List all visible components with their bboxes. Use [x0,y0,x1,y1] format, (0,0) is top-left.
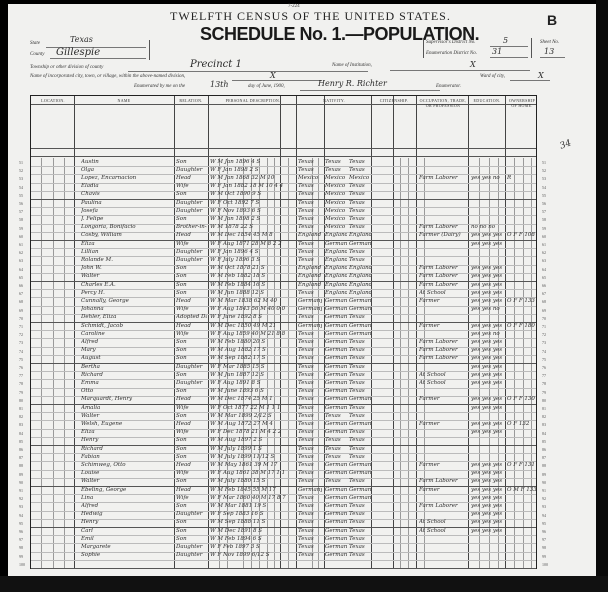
cell-name: Emil [81,536,173,542]
cell-relation: Head [176,462,207,468]
line-number: 92 [19,496,23,501]
line-number: 77 [542,373,546,378]
cell-own: O F F 130 [507,396,537,402]
cell-relation: Head [176,487,207,493]
cell-edu: yes yes yes [471,241,505,247]
cell-relation: Son [176,159,207,165]
cell-mother: Germany [349,306,371,312]
cell-name: Chavis [81,191,173,197]
cell-desc: W M Jan 1898 2 S [210,216,294,222]
enumerator-label: Enumerator. [436,84,461,89]
line-number: 83 [542,422,546,427]
cell-father: Germany [325,462,347,468]
header-nativity: NATIVITY. [298,98,370,103]
cell-father: Germany [325,355,347,361]
line-number: 75 [542,357,546,362]
cell-occupation: Farm Laborer [419,282,467,288]
cell-father: Germany [325,323,347,329]
cell-name: Longoria, Bonifacio [81,224,173,230]
cell-father: Germany [325,487,347,493]
cell-desc: W F Sep 1883 16 S [210,511,294,517]
cell-own: R [507,175,537,181]
cell-name: Olga [81,167,173,173]
cell-name: Bertha [81,364,173,370]
township-label: Township or other division of county [30,65,103,70]
cell-father: Germany [325,306,347,312]
line-number: 83 [19,422,23,427]
scan-bottom-edge [0,576,608,592]
cell-edu: yes yes yes [471,380,505,386]
cell-relation: Daughter [176,364,207,370]
cell-name: Eladia [81,183,173,189]
line-number: 58 [542,217,546,222]
cell-relation: Daughter [176,167,207,173]
cell-father: Germany [325,511,347,517]
cell-relation: Daughter [176,511,207,517]
cell-edu: yes yes yes [471,519,505,525]
cell-edu: yes yes yes [471,495,505,501]
cell-birth: Texas [298,249,322,255]
cell-mother: Texas [349,372,371,378]
cell-birth: England [298,232,322,238]
cell-edu: yes yes yes [471,265,505,271]
line-number: 82 [19,414,23,419]
cell-desc: W M Dec 1874 25 M 1 [210,396,294,402]
cell-birth: Mexico [298,175,322,181]
cell-desc: W F Jan 1882 18 M 10 4 4 [210,183,294,189]
cell-name: Amalia [81,405,173,411]
cell-desc: W M Feb 1845 55 M 17 [210,487,294,493]
cell-birth: England [298,273,322,279]
enumerator-line [300,90,440,91]
cell-mother: Texas [349,249,371,255]
cell-relation: Son [176,372,207,378]
cell-mother: Texas [349,519,371,525]
cell-mother: Germany [349,462,371,468]
line-number: 100 [542,562,548,567]
cell-desc: W M Dec 1850 49 M 21 [210,323,294,329]
cell-birth: Texas [298,372,322,378]
cell-desc: W F Mar 1885 15 S [210,364,294,370]
cell-name: Lopez, Encarnacion [81,175,173,181]
cell-name: Cunnally, George [81,298,173,304]
cell-birth: Texas [298,421,322,427]
cell-desc: W M Dec 1891 8 S [210,528,294,534]
line-number: 85 [542,439,546,444]
cell-relation: Son [176,216,207,222]
cell-desc: W M Aug 1882 17 S [210,347,294,353]
header-citizenship: CITIZENSHIP. [372,98,416,103]
cell-father: Texas [325,478,347,484]
cell-relation: Brother-in-law [176,224,207,230]
cell-name: Carl [81,528,173,534]
cell-occupation: At School [419,528,467,534]
cell-name: Eliza [81,429,173,435]
county-value: Gillespie [56,47,100,58]
cell-edu: yes yes yes [471,339,505,345]
cell-birth: Texas [298,331,322,337]
cell-desc: W M Jun 1888 12 S [210,290,294,296]
cell-relation: Daughter [176,249,207,255]
cell-mother: Texas [349,355,371,361]
cell-mother: Germany [349,298,371,304]
line-number: 96 [542,529,546,534]
header-relation: RELATION. [176,98,206,103]
cell-relation: Wife [176,405,207,411]
cell-own: O F F 131 [507,462,537,468]
cell-name: Otto [81,388,173,394]
line-number: 66 [542,283,546,288]
line-number: 89 [19,472,23,477]
cell-edu: yes yes yes [471,462,505,468]
line-number: 57 [542,209,546,214]
line-number: 52 [19,168,23,173]
enumeration-line [490,57,528,58]
cell-birth: Texas [298,224,322,230]
line-number: 88 [19,463,23,468]
cell-birth: Texas [298,405,322,411]
scan-edge [596,0,608,592]
cell-mother: Texas [349,544,371,550]
cell-mother: Texas [349,511,371,517]
cell-edu: yes yes yes [471,421,505,427]
cell-father: Texas [325,454,347,460]
line-number: 67 [19,291,23,296]
cell-relation: Daughter [176,380,207,386]
cell-relation: Son [176,454,207,460]
cell-name: August [81,355,173,361]
cell-edu: no no no [471,224,505,230]
cell-mother: Texas [349,200,371,206]
cell-birth: Texas [298,200,322,206]
line-number: 64 [19,267,23,272]
cell-father: Texas [325,413,347,419]
cell-occupation: Farm Laborer [419,478,467,484]
sheet-letter: B [547,12,557,28]
enumeration-value: 31 [492,47,502,56]
cell-relation: Head [176,323,207,329]
line-number: 66 [19,283,23,288]
line-number: 86 [19,447,23,452]
cell-name: Sophie [81,552,173,558]
cell-father: Germany [325,380,347,386]
cell-birth: Texas [298,208,322,214]
cell-father: Germany [325,421,347,427]
cell-edu: yes yes no [471,331,505,337]
cell-mother: Texas [349,347,371,353]
line-number: 59 [19,226,23,231]
cell-desc: W M Feb 1884 16 S [210,282,294,288]
line-number: 71 [19,324,23,329]
cell-relation: Wife [176,470,207,476]
cell-occupation: Farmer (Dairy) [419,232,467,238]
line-number: 85 [19,439,23,444]
cell-edu: yes yes no [471,306,505,312]
cell-edu: yes yes yes [471,528,505,534]
line-number: 91 [19,488,23,493]
cell-father: Germany [325,544,347,550]
ward-value: X [538,71,544,80]
cell-birth: Texas [298,191,322,197]
cell-relation: Son [176,528,207,534]
cell-name: Henry [81,519,173,525]
township-line [128,71,368,72]
cell-mother: Germany [349,470,371,476]
line-number: 98 [19,545,23,550]
cell-edu: yes yes yes [471,298,505,304]
cell-relation: Head [176,421,207,427]
cell-mother: Texas [349,216,371,222]
cell-father: Germany [325,528,347,534]
ward-label: Ward of city, [480,74,505,79]
cell-name: J. Felipe [81,216,173,222]
cell-mother: Germany [349,396,371,402]
cell-father: Texas [325,167,347,173]
cell-father: Mexico [325,191,347,197]
line-number: 65 [542,275,546,280]
cell-occupation: Farmer [419,462,467,468]
cell-relation: Head [176,175,207,181]
line-number: 56 [19,201,23,206]
cell-name: Walter [81,273,173,279]
line-number: 64 [542,267,546,272]
sheet-line [540,57,565,58]
line-number: 73 [19,340,23,345]
cell-desc: W M 1878 22 S [210,224,294,230]
line-number: 76 [542,365,546,370]
cell-birth: Texas [298,454,322,460]
cell-name: Emma [81,380,173,386]
line-number: 59 [542,226,546,231]
cell-edu: yes yes yes [471,282,505,288]
cell-name: Marquardt, Henry [81,396,173,402]
cell-father: Mexico [325,183,347,189]
cell-desc: W M Sep 1882 17 S [210,355,294,361]
cell-birth: Texas [298,437,322,443]
cell-relation: Son [176,503,207,509]
line-number: 80 [19,398,23,403]
cell-edu: yes yes yes [471,396,505,402]
cell-mother: Texas [349,257,371,263]
cell-name: Percy H. [81,290,173,296]
line-number: 89 [542,472,546,477]
line-number: 92 [542,496,546,501]
cell-name: Eliza [81,241,173,247]
cell-desc: W M July 1899 11/12 S [210,454,294,460]
cell-relation: Son [176,273,207,279]
cell-mother: Texas [349,183,371,189]
cell-mother: Germany [349,421,371,427]
line-number: 95 [542,521,546,526]
line-number: 90 [19,480,23,485]
line-number: 51 [542,160,546,165]
line-number: 58 [19,217,23,222]
line-number: 94 [542,513,546,518]
ward-line [510,80,550,81]
cell-relation: Wife [176,331,207,337]
cell-mother: Texas [349,388,371,394]
line-number: 78 [542,381,546,386]
cell-desc: W F Aug 1891 8 S [210,380,294,386]
line-number: 72 [19,332,23,337]
cell-edu: yes yes yes [471,273,505,279]
document-title: TWELFTH CENSUS OF THE UNITED STATES. [170,9,451,24]
cell-name: Dehler, Eliza [81,314,173,320]
cell-name: Ebeling, George [81,487,173,493]
cell-mother: Texas [349,503,371,509]
cell-relation: Daughter [176,544,207,550]
line-number: 54 [19,185,23,190]
cell-mother: Texas [349,446,371,452]
cell-desc: W M Oct 1890 9 S [210,191,294,197]
cell-name: Louise [81,470,173,476]
cell-father: Mexico [325,200,347,206]
line-number: 68 [19,299,23,304]
cell-relation: Daughter [176,200,207,206]
cell-relation: Son [176,446,207,452]
cell-father: Germany [325,552,347,558]
cell-relation: Son [176,290,207,296]
cell-father: Germany [325,429,347,435]
cell-birth: Texas [298,396,322,402]
line-number: 62 [19,250,23,255]
cell-edu: yes yes yes [471,232,505,238]
cell-own: O F F 108 [507,232,537,238]
cell-relation: Son [176,347,207,353]
cell-desc: W F Nov 1893 6 S [210,208,294,214]
cell-own: O F F 180 [507,323,537,329]
cell-birth: Texas [298,364,322,370]
line-number: 61 [542,242,546,247]
header-education: EDUCATION. [469,98,505,103]
cell-mother: England [349,273,371,279]
line-number: 75 [19,357,23,362]
cell-birth: Texas [298,462,322,468]
cell-desc: W M Mar 1838 62 M 40 [210,298,294,304]
cell-occupation: Farmer [419,487,467,493]
cell-birth: Texas [298,544,322,550]
cell-name: Lina [81,495,173,501]
cell-birth: Texas [298,347,322,353]
line-number: 63 [542,258,546,263]
cell-mother: Texas [349,437,371,443]
cell-relation: Son [176,282,207,288]
cell-own: O F F 133 [507,298,537,304]
cell-mother: Germany [349,323,371,329]
line-number: 60 [19,234,23,239]
cell-birth: Germany [298,323,322,329]
sheet-label: Sheet No. [540,40,559,45]
cell-edu: yes yes yes [471,290,505,296]
cell-mother: Germany [349,495,371,501]
cell-desc: W M Jun 1887 12 S [210,372,294,378]
cell-desc: W F July 1896 3 S [210,257,294,263]
cell-name: Welsh, Eugene [81,421,173,427]
line-number: 71 [542,324,546,329]
line-number: 97 [19,537,23,542]
cell-name: Richard [81,372,173,378]
cell-edu: yes yes yes [471,503,505,509]
enumerated-label: Enumerated by me on the [134,84,185,89]
cell-own: O M F 133 [507,487,537,493]
cell-occupation: Farmer [419,421,467,427]
cell-name: Paulina [81,200,173,206]
line-number: 61 [19,242,23,247]
line-number: 90 [542,480,546,485]
county-line [50,58,146,59]
line-number: 62 [542,250,546,255]
cell-birth: England [298,265,322,271]
cell-birth: Texas [298,388,322,394]
line-number: 63 [19,258,23,263]
cell-father: Germany [325,372,347,378]
cell-father: Germany [325,470,347,476]
cell-mother: Texas [349,536,371,542]
cell-mother: Texas [349,478,371,484]
cell-desc: W M Jan 1896 4 S [210,159,294,165]
brace [149,40,150,60]
institution-line [390,70,530,71]
cell-desc: W M Oct 1878 21 S [210,265,294,271]
line-number: 95 [19,521,23,526]
line-number: 77 [19,373,23,378]
cell-desc: W M May 1861 39 M 17 [210,462,294,468]
cell-father: Texas [325,446,347,452]
cell-name: Austin [81,159,173,165]
city-label: Name of incorporated city, town, or vill… [30,74,185,79]
cell-relation: Head [176,396,207,402]
cell-desc: W F Aug 1871 28 M 8 2 2 [210,241,294,247]
cell-name: Richard [81,446,173,452]
cell-occupation: Farmer [419,396,467,402]
cell-birth: Germany [298,487,322,493]
cell-desc: W F Jan 1898 2 S [210,167,294,173]
line-number: 60 [542,234,546,239]
cell-relation: Wife [176,495,207,501]
cell-mother: Germany [349,487,371,493]
cell-desc: W M July 1880 15 S [210,478,294,484]
cell-name: Henry [81,437,173,443]
line-number: 96 [19,529,23,534]
institution-value: X [470,60,476,69]
line-number: 67 [542,291,546,296]
cell-desc: W F Aug 1861 38 M 17 1 1 [210,470,294,476]
cell-relation: Wife [176,429,207,435]
cell-desc: W M Mar 1899 2/12 S [210,413,294,419]
county-label: County [30,52,44,57]
cell-relation: Son [176,339,207,345]
cell-desc: W M Mar 1881 19 S [210,503,294,509]
cell-name: Alfred [81,503,173,509]
cell-birth: Texas [298,167,322,173]
cell-birth: Texas [298,478,322,484]
line-number: 55 [542,193,546,198]
cell-relation: Son [176,478,207,484]
cell-father: England [325,232,347,238]
cell-name: Schmidt, Jacob [81,323,173,329]
cell-name: Lillian [81,249,173,255]
cell-father: Mexico [325,175,347,181]
line-number: 74 [19,349,23,354]
cell-mother: Texas [349,339,371,345]
cell-father: England [325,290,347,296]
cell-occupation: Farmer [419,323,467,329]
cell-occupation: Farm Laborer [419,175,467,181]
cell-mother: Texas [349,159,371,165]
cell-birth: Texas [298,355,322,361]
cell-name: Walter [81,478,173,484]
cell-desc: W M Aug 1897 2 S [210,437,294,443]
